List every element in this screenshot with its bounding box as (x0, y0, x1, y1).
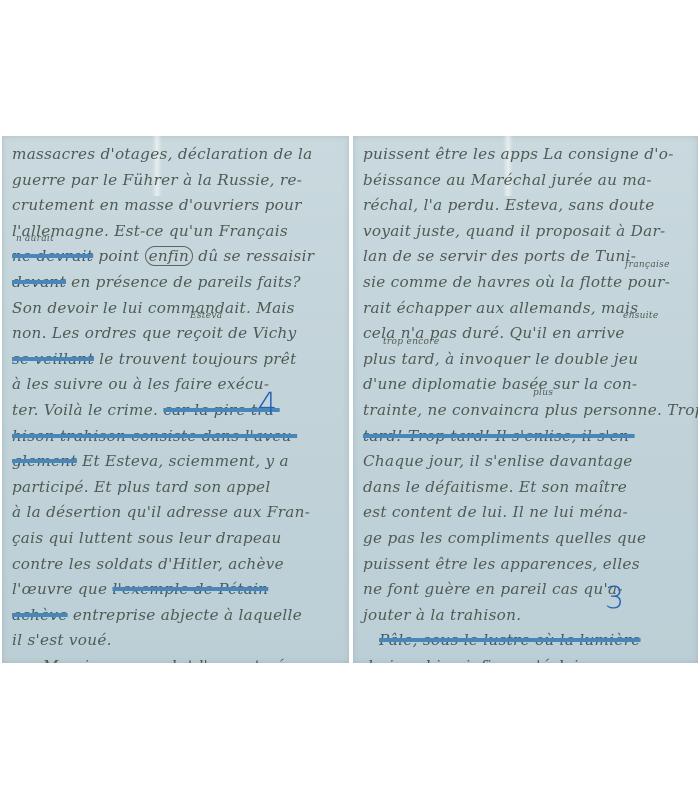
text-line: devant en présence de pareils faits? (12, 270, 343, 296)
text-line: du jour bien infirme s'éclaire (363, 654, 692, 663)
text-line: ne font guère en pareil cas qu'a- (363, 577, 692, 603)
text-line: Son devoir le lui commandait. Mais (12, 296, 343, 322)
text-line: « Messieurs, conclut l'avocat gé- (12, 654, 343, 663)
text-line: ter. Voilà le crime. car la pire tra- (12, 398, 343, 424)
text-line: se veillant le trouvent toujours prêt (12, 347, 343, 373)
text-line: l'œuvre que l'exemple de Pétain (12, 577, 343, 603)
text-line: çais qui luttent sous leur drapeau (12, 526, 343, 552)
text-line: contre les soldats d'Hitler, achève (12, 552, 343, 578)
insertion: ensuite (623, 311, 658, 321)
text-line: guerre par le Führer à la Russie, re- (12, 168, 343, 194)
struck-text: achève (12, 606, 68, 624)
text-line: puissent être les apparences, elles (363, 552, 692, 578)
struck-text: l'exemple de Pétain (112, 580, 268, 598)
text-line: achève entreprise abjecte à laquelle (12, 603, 343, 629)
text-line: trainte, ne convaincra plus personne. Tr… (363, 398, 692, 424)
struck-text: glement (12, 452, 77, 470)
line-remainder: en présence de pareils faits? (71, 273, 301, 291)
struck-text: Pâle, sous le lustre où la lumière (379, 631, 641, 649)
manuscript-page-left: massacres d'otages, déclaration de la gu… (2, 136, 349, 663)
line-text: sie comme de havres où la flotte pour- (363, 273, 670, 291)
line-remainder: le trouvent toujours prêt (99, 350, 296, 368)
line-remainder: dû se ressaisir (193, 247, 314, 265)
text-line: réchal, l'a perdu. Esteva, sans doute (363, 193, 692, 219)
text-line: béissance au Maréchal jurée au ma- (363, 168, 692, 194)
text-line: Pâle, sous le lustre où la lumière (363, 628, 692, 654)
insertion: française (625, 260, 670, 270)
page-number: 4 (258, 390, 277, 420)
text-line: plus tard, à invoquer le double jeu trop… (363, 347, 692, 373)
text-line: est content de lui. Il ne lui ména- (363, 500, 692, 526)
text-line: participé. Et plus tard son appel (12, 475, 343, 501)
right-page-text: puissent être les apps La consigne d'o- … (363, 142, 692, 663)
text-line: sie comme de havres où la flotte pour- f… (363, 270, 692, 296)
text-line: tard! Trop tard! Il s'enlise, il s'en- (363, 424, 692, 450)
insertion: n'aurait (16, 234, 54, 244)
insertion: plus (533, 388, 553, 398)
struck-text: hison trahison consiste dans l'aveu- (12, 427, 297, 445)
circled-word: enfin (145, 246, 194, 266)
line-text: non. Les ordres que reçoit de Vichy (12, 324, 297, 342)
text-line: à la désertion qu'il adresse aux Fran- (12, 500, 343, 526)
struck-text: du jour bien infirme s'éclaire (363, 657, 595, 663)
text-line: jouter à la trahison. (363, 603, 692, 629)
text-line: dans le défaitisme. Et son maître (363, 475, 692, 501)
left-page-text: massacres d'otages, déclaration de la gu… (12, 142, 343, 663)
line-remainder: entreprise abjecte à laquelle (73, 606, 302, 624)
struck-text: tard! Trop tard! Il s'enlise, il s'en- (363, 427, 635, 445)
line-text: ter. Voilà le crime. (12, 401, 158, 419)
struck-text: ne devrait (12, 247, 93, 265)
text-line: massacres d'otages, déclaration de la (12, 142, 343, 168)
line-remainder: point (98, 247, 144, 265)
text-line: l'allemagne. Est-ce qu'un Français (12, 219, 343, 245)
line-remainder: Et Esteva, sciemment, y a (82, 452, 289, 470)
text-line: crutement en masse d'ouvriers pour (12, 193, 343, 219)
text-line: il s'est voué. (12, 628, 343, 654)
text-line: glement Et Esteva, sciemment, y a (12, 449, 343, 475)
text-line: non. Les ordres que reçoit de Vichy Este… (12, 321, 343, 347)
text-line: d'une diplomatie basée sur la con- (363, 372, 692, 398)
line-text: plus tard, à invoquer le double jeu (363, 350, 638, 368)
struck-text: devant (12, 273, 66, 291)
text-line: à les suivre ou à les faire exécu- (12, 372, 343, 398)
struck-text: se veillant (12, 350, 94, 368)
text-line: Chaque jour, il s'enlise davantage (363, 449, 692, 475)
text-line: hison trahison consiste dans l'aveu- (12, 424, 343, 450)
text-line: ne devrait n'aurait point enfin dû se re… (12, 244, 343, 270)
page-number: 3 (605, 584, 624, 614)
line-text: trainte, ne convaincra plus personne. Tr… (363, 401, 698, 419)
insertion: Esteva (190, 311, 222, 321)
manuscript-page-right: puissent être les apps La consigne d'o- … (353, 136, 698, 663)
text-line: puissent être les apps La consigne d'o- (363, 142, 692, 168)
insertion: trop encore (383, 337, 439, 347)
text-line: ge pas les compliments quelles que (363, 526, 692, 552)
text-line: voyait juste, quand il proposait à Dar- (363, 219, 692, 245)
line-text: l'œuvre que (12, 580, 107, 598)
